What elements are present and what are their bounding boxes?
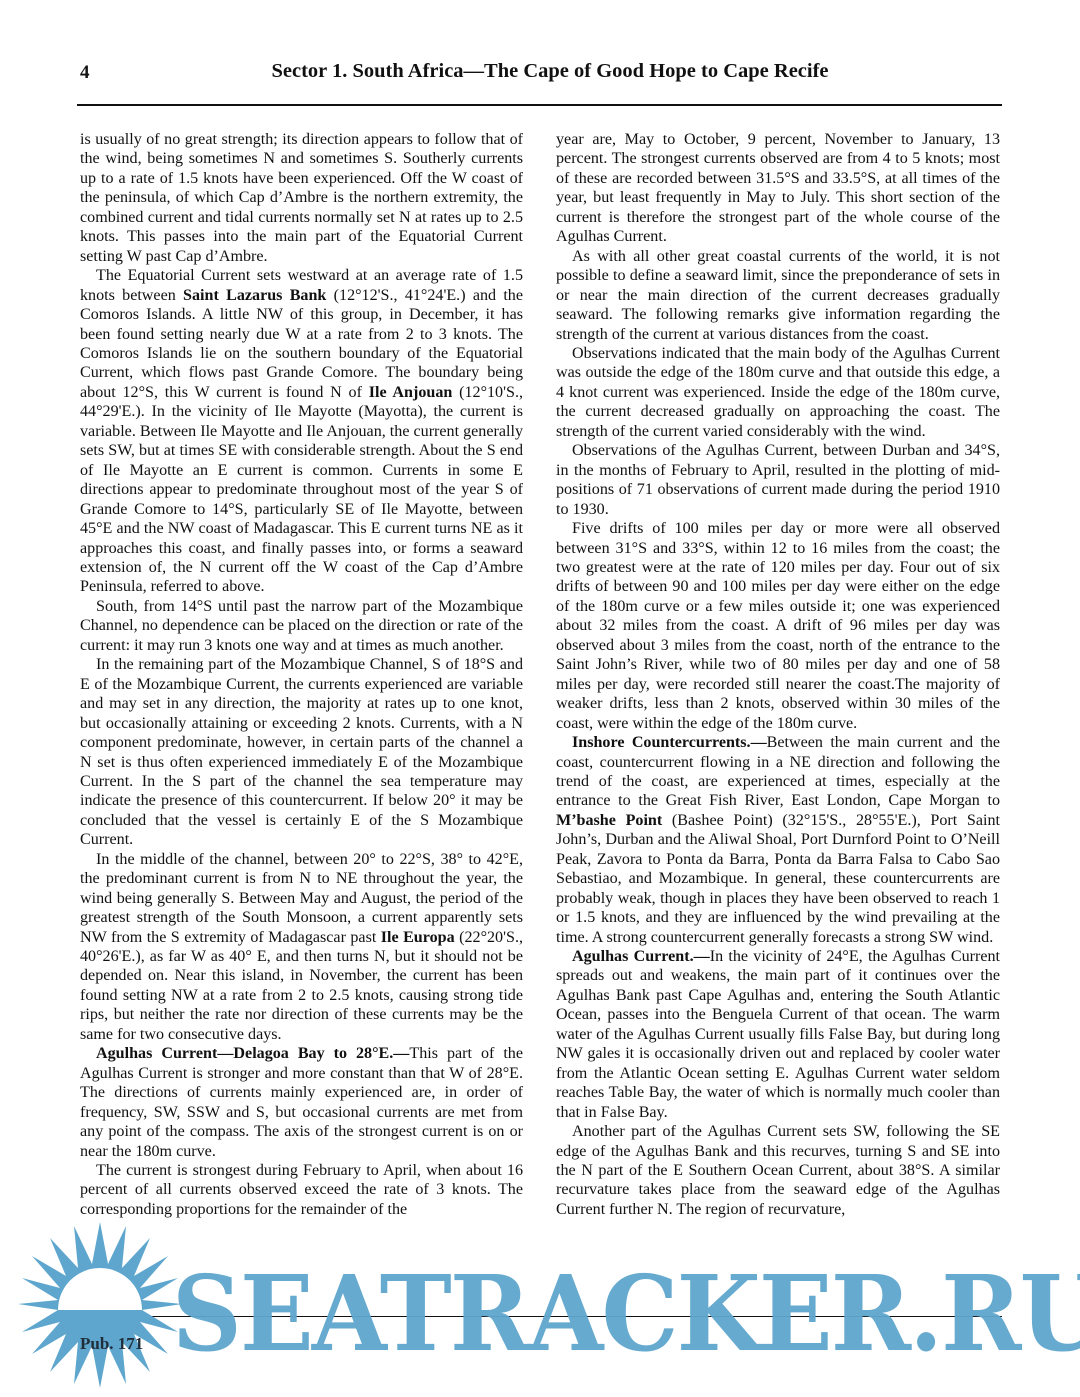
paragraph: Agulhas Current—Delagoa Bay to 28°E.—Thi…	[80, 1044, 523, 1161]
paragraph: As with all other great coastal currents…	[556, 247, 1000, 344]
paragraph: year are, May to October, 9 percent, Nov…	[556, 130, 1000, 247]
paragraph: Five drifts of 100 miles per day or more…	[556, 519, 1000, 733]
place-name: Saint Lazarus Bank	[183, 287, 326, 304]
header-rule	[77, 104, 1002, 106]
paragraph: Inshore Countercurrents.—Between the mai…	[556, 733, 1000, 947]
section-heading: Agulhas Current—Delagoa Bay to 28°E.—	[96, 1045, 409, 1062]
place-name: M’bashe Point	[556, 812, 662, 829]
place-name: Ile Europa	[381, 929, 455, 946]
paragraph: The current is strongest during February…	[80, 1161, 523, 1219]
paragraph: The Equatorial Current sets westward at …	[80, 266, 523, 597]
watermark-text: SEATRACKER.RU	[172, 1262, 1080, 1366]
paragraph: Observations indicated that the main bod…	[556, 344, 1000, 441]
section-heading: Agulhas Current.—	[572, 948, 710, 965]
running-title: Sector 1. South Africa—The Cape of Good …	[0, 60, 1080, 83]
paragraph: In the middle of the channel, between 20…	[80, 850, 523, 1045]
paragraph: Agulhas Current.—In the vicinity of 24°E…	[556, 947, 1000, 1122]
section-heading: Inshore Countercurrents.—	[572, 734, 767, 751]
paragraph: is usually of no great strength; its dir…	[80, 130, 523, 266]
right-column: year are, May to October, 9 percent, Nov…	[556, 130, 1000, 1219]
place-name: Ile Anjouan	[369, 384, 453, 401]
paragraph: Observations of the Agulhas Current, bet…	[556, 441, 1000, 519]
paragraph: Another part of the Agulhas Current sets…	[556, 1122, 1000, 1219]
paragraph: In the remaining part of the Mozambique …	[80, 655, 523, 850]
publication-label: Pub. 171	[80, 1334, 143, 1354]
paragraph: South, from 14°S until past the narrow p…	[80, 597, 523, 655]
left-column: is usually of no great strength; its dir…	[80, 130, 523, 1219]
